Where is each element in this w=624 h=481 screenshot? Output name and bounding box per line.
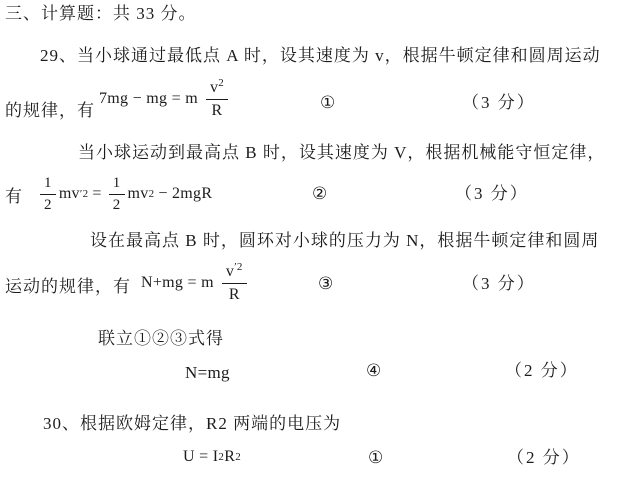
formula-3-denominator: R	[229, 284, 240, 303]
formula-2-fraction-b-num: 1	[109, 175, 125, 195]
formula-1-fraction: v2 R	[206, 79, 228, 119]
p29-line-1: 29、当小球通过最低点 A 时，设其速度为 v，根据牛顿定律和圆周运动	[40, 46, 601, 65]
formula-2-term-2: mv	[128, 185, 149, 203]
formula-1-num-exponent: 2	[218, 77, 224, 89]
formula-4-result: N=mg	[185, 363, 230, 382]
formula-3-num-exponent: ′2	[234, 261, 243, 273]
formula-2-fraction-a-num: 1	[40, 175, 56, 195]
score-label-3: （3 分）	[462, 274, 536, 293]
p30-line-1: 30、根据欧姆定律，R2 两端的电压为	[43, 414, 341, 433]
formula-5-lhs: U = I	[183, 448, 218, 466]
formula-3: N+mg = m v′2 R	[141, 263, 250, 303]
formula-2-term-1: mv	[59, 185, 80, 203]
formula-2-fraction-b: 1 2	[109, 175, 125, 213]
score-label-1: （3 分）	[462, 93, 536, 112]
equation-marker-3: ③	[318, 275, 333, 293]
formula-3-num-base: v	[226, 263, 234, 280]
formula-1: 7mg − mg = m v2 R	[99, 79, 231, 119]
formula-2-fraction-a: 1 2	[40, 175, 56, 213]
p29-line-4-prefix: 有	[5, 182, 23, 207]
formula-2-fraction-b-den: 2	[113, 195, 121, 213]
formula-2-fraction-a-den: 2	[44, 195, 52, 213]
formula-2-tail: − 2mgR	[158, 185, 212, 203]
p29-line-7: 联立①②③式得	[98, 329, 224, 348]
score-label-5: （2 分）	[507, 448, 581, 467]
formula-1-lhs: 7mg − mg = m	[99, 90, 198, 108]
document-page: 三、计算题：共 33 分。 29、当小球通过最低点 A 时，设其速度为 v，根据…	[0, 0, 624, 481]
p29-line-6-prefix: 运动的规律，有	[5, 277, 131, 296]
score-label-4: （2 分）	[505, 361, 579, 380]
formula-2: 有 1 2 mv′2 = 1 2 mv2 − 2mgR	[5, 172, 216, 216]
formula-5: U = I2R2	[183, 448, 241, 466]
formula-2-equals: =	[92, 185, 101, 203]
p29-line-2-prefix: 的规律，有	[5, 101, 95, 120]
formula-3-numerator: v′2	[222, 263, 247, 284]
formula-5-term-2: R	[224, 448, 235, 466]
equation-marker-2: ②	[312, 185, 327, 203]
p29-line-5: 设在最高点 B 时，圆环对小球的压力为 N，根据牛顿定律和圆周	[90, 231, 599, 250]
p29-line-3: 当小球运动到最高点 B 时，设其速度为 V，根据机械能守恒定律，	[78, 143, 605, 162]
formula-1-numerator: v2	[206, 79, 228, 100]
formula-1-denominator: R	[212, 100, 223, 119]
section-title: 三、计算题：共 33 分。	[5, 4, 197, 23]
score-label-2: （3 分）	[455, 184, 529, 203]
equation-marker-1: ①	[320, 94, 335, 112]
equation-marker-5: ①	[368, 449, 383, 467]
formula-3-fraction: v′2 R	[222, 263, 247, 303]
formula-3-lhs: N+mg = m	[141, 274, 214, 292]
equation-marker-4: ④	[366, 362, 381, 380]
